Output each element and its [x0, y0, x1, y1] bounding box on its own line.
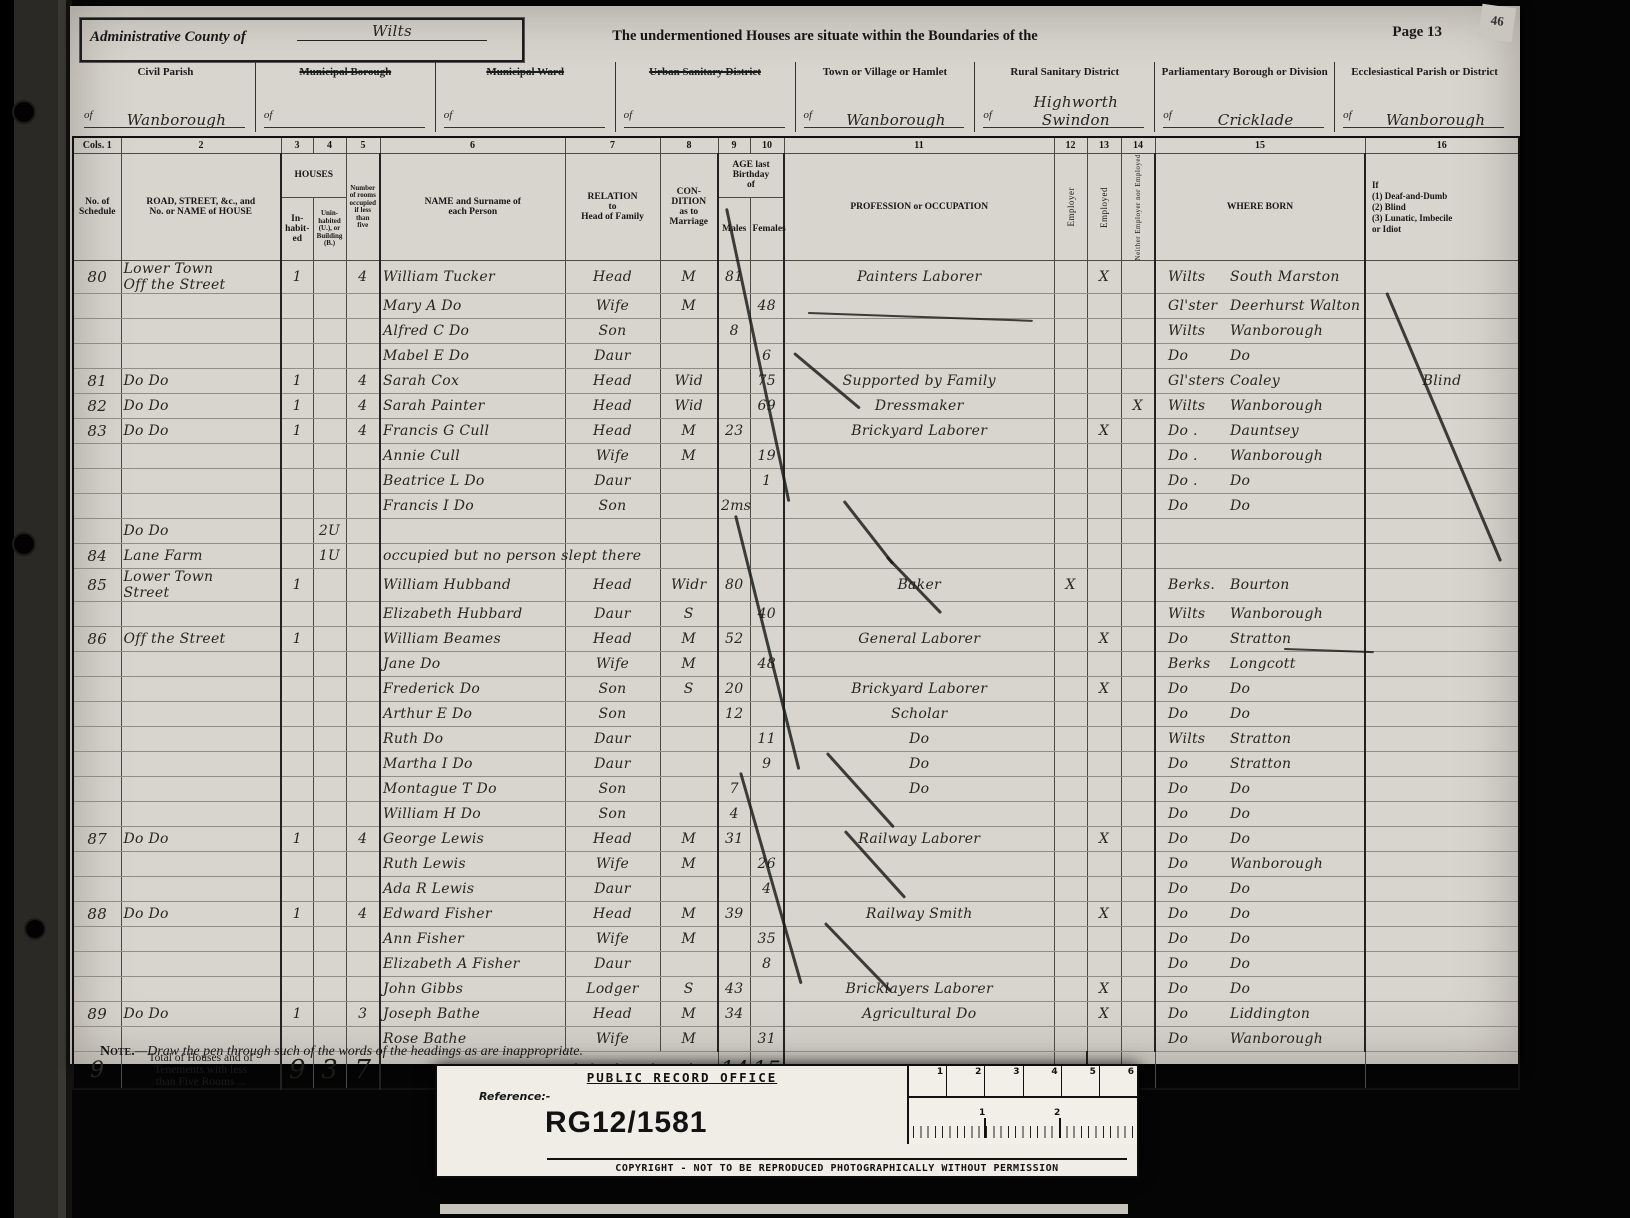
cell-road	[121, 319, 281, 344]
cell-neither	[1121, 977, 1155, 1002]
cell-name: Ruth Lewis	[380, 852, 565, 877]
cell-employer	[1054, 394, 1087, 419]
cell-road: Off the Street	[121, 627, 281, 652]
cell-rooms	[346, 319, 380, 344]
cell-occupation: Painters Laborer	[784, 261, 1054, 294]
cell-relation: Daur	[565, 469, 660, 494]
cell-neither	[1121, 927, 1155, 952]
cell-schedule	[73, 469, 121, 494]
cell-relation: Son	[565, 677, 660, 702]
cell-infirmity	[1365, 261, 1519, 294]
cell-employer	[1054, 677, 1087, 702]
cell-where-born: DoDo	[1155, 902, 1365, 927]
column-number: 6	[380, 137, 565, 154]
cell-name: Ann Fisher	[380, 927, 565, 952]
cell-where-born: DoDo	[1155, 827, 1365, 852]
header-age-group: AGE last Birthday of	[718, 154, 784, 198]
cell-employed: X	[1087, 627, 1121, 652]
cell-where-born: DoWanborough	[1155, 852, 1365, 877]
table-row: 81Do Do14Sarah CoxHeadWid75Supported by …	[73, 369, 1519, 394]
cell-employed: X	[1087, 1002, 1121, 1027]
column-number: 9	[718, 137, 750, 154]
cell-inhabited	[281, 752, 313, 777]
cell-employer	[1054, 952, 1087, 977]
header-relation: RELATION to Head of Family	[565, 154, 660, 261]
cell-condition: M	[660, 827, 718, 852]
cell-neither	[1121, 677, 1155, 702]
cell-uninhabited	[313, 752, 346, 777]
cell-inhabited	[281, 702, 313, 727]
cell-neither	[1121, 1002, 1155, 1027]
cell-rooms: 4	[346, 394, 380, 419]
cell-infirmity	[1365, 902, 1519, 927]
cell-rooms	[346, 294, 380, 319]
cell-uninhabited	[313, 952, 346, 977]
district-box: Rural Sanitary DistrictofHighworth Swind…	[974, 62, 1154, 132]
district-box: Urban Sanitary Districtof	[615, 62, 795, 132]
cell-relation: Daur	[565, 952, 660, 977]
cell-schedule: 80	[73, 261, 121, 294]
cell-rooms	[346, 777, 380, 802]
column-number: 15	[1155, 137, 1365, 154]
cell-where-born: DoDo	[1155, 977, 1365, 1002]
cell-road	[121, 952, 281, 977]
cell-condition	[660, 952, 718, 977]
cell-where-born	[1155, 544, 1365, 569]
cell-road: Do Do	[121, 394, 281, 419]
cell-inhabited	[281, 927, 313, 952]
cell-uninhabited	[313, 677, 346, 702]
cell-schedule: 88	[73, 902, 121, 927]
cell-inhabited	[281, 727, 313, 752]
cell-employer	[1054, 494, 1087, 519]
cell-uninhabited	[313, 319, 346, 344]
cell-relation: Daur	[565, 877, 660, 902]
cell-schedule: 84	[73, 544, 121, 569]
cell-uninhabited	[313, 444, 346, 469]
cell-relation: Daur	[565, 727, 660, 752]
cell-employer	[1054, 469, 1087, 494]
cell-uninhabited	[313, 494, 346, 519]
cell-schedule	[73, 519, 121, 544]
cell-name: Elizabeth Hubbard	[380, 602, 565, 627]
cell-age-male	[718, 877, 750, 902]
cell-infirmity	[1365, 469, 1519, 494]
cell-relation: Wife	[565, 444, 660, 469]
cell-employed	[1087, 519, 1121, 544]
cell-uninhabited	[313, 652, 346, 677]
cell-employed	[1087, 952, 1121, 977]
cell-road	[121, 702, 281, 727]
cell-age-male: 20	[718, 677, 750, 702]
cell-road	[121, 777, 281, 802]
scanned-census-page: 46 Administrative County of Wilts The un…	[0, 0, 1630, 1218]
cell-inhabited	[281, 344, 313, 369]
cell-neither	[1121, 261, 1155, 294]
cell-employer	[1054, 419, 1087, 444]
cell-occupation	[784, 494, 1054, 519]
cell-name: Sarah Cox	[380, 369, 565, 394]
cell-relation: Son	[565, 319, 660, 344]
cell-rooms	[346, 519, 380, 544]
cell-schedule	[73, 652, 121, 677]
cell-name: Montague T Do	[380, 777, 565, 802]
cell-age-female	[750, 1002, 784, 1027]
cell-employer	[1054, 544, 1087, 569]
hole-punch	[14, 102, 34, 122]
cell-infirmity	[1365, 444, 1519, 469]
hole-punch	[14, 534, 34, 554]
cell-employer	[1054, 877, 1087, 902]
cell-infirmity	[1365, 569, 1519, 602]
cell-infirmity	[1365, 877, 1519, 902]
copyright-notice: COPYRIGHT - NOT TO BE REPRODUCED PHOTOGR…	[547, 1158, 1127, 1174]
cell-neither	[1121, 319, 1155, 344]
header-schedule: No. of Schedule	[73, 154, 121, 261]
cell-age-female: 11	[750, 727, 784, 752]
cell-schedule	[73, 852, 121, 877]
cell-where-born: DoDo	[1155, 344, 1365, 369]
header-occupation: PROFESSION or OCCUPATION	[784, 154, 1054, 261]
cell-employed	[1087, 752, 1121, 777]
cell-rooms: 4	[346, 261, 380, 294]
cell-where-born: DoWanborough	[1155, 1027, 1365, 1052]
cell-rooms	[346, 677, 380, 702]
cell-condition: M	[660, 902, 718, 927]
cell-age-female	[750, 544, 784, 569]
cell-road: Do Do	[121, 369, 281, 394]
cell-name	[380, 519, 565, 544]
cell-road: Do Do	[121, 519, 281, 544]
cell-infirmity	[1365, 627, 1519, 652]
cell-relation	[565, 519, 660, 544]
cell-neither	[1121, 827, 1155, 852]
ruler-number: 2	[1054, 1108, 1060, 1118]
table-row: Ruth DoDaur11DoWiltsStratton	[73, 727, 1519, 752]
cell-employed: X	[1087, 902, 1121, 927]
table-row: 87Do Do14George LewisHeadM31Railway Labo…	[73, 827, 1519, 852]
cell-condition: S	[660, 677, 718, 702]
cell-name: Edward Fisher	[380, 902, 565, 927]
cell-schedule	[73, 977, 121, 1002]
cell-where-born: WiltsWanborough	[1155, 602, 1365, 627]
cell-inhabited: 1	[281, 394, 313, 419]
column-number: 8	[660, 137, 718, 154]
cell-uninhabited	[313, 727, 346, 752]
district-box: Municipal Boroughof	[255, 62, 435, 132]
cell-employed	[1087, 469, 1121, 494]
column-number: 16	[1365, 137, 1519, 154]
header-name: NAME and Surname of each Person	[380, 154, 565, 261]
cell-road: Lower TownOff the Street	[121, 261, 281, 294]
header-employed: Employed	[1087, 154, 1121, 261]
cell-employed	[1087, 777, 1121, 802]
cell-age-female	[750, 419, 784, 444]
ruler-number: 6	[1099, 1066, 1137, 1096]
cell-age-male: 34	[718, 1002, 750, 1027]
cell-occupation	[784, 652, 1054, 677]
cell-name: Annie Cull	[380, 444, 565, 469]
cell-inhabited	[281, 852, 313, 877]
cell-uninhabited	[313, 702, 346, 727]
cell-where-born: DoDo	[1155, 877, 1365, 902]
cell-where-born: DoStratton	[1155, 627, 1365, 652]
cell-rooms	[346, 702, 380, 727]
cell-road: Do Do	[121, 419, 281, 444]
cell-schedule: 87	[73, 827, 121, 852]
cell-occupation: Brickyard Laborer	[784, 419, 1054, 444]
cell-inhabited: 1	[281, 827, 313, 852]
cell-name: Mabel E Do	[380, 344, 565, 369]
cell-inhabited	[281, 494, 313, 519]
column-numbers-row: Cols. 12345678910111213141516	[73, 137, 1519, 154]
cell-condition	[660, 802, 718, 827]
cell-neither	[1121, 469, 1155, 494]
cell-employed: X	[1087, 419, 1121, 444]
table-row: Ruth LewisWifeM26DoWanborough	[73, 852, 1519, 877]
cell-age-male	[718, 602, 750, 627]
column-number: 5	[346, 137, 380, 154]
cell-inhabited	[281, 952, 313, 977]
cell-schedule: 82	[73, 394, 121, 419]
cell-where-born	[1155, 519, 1365, 544]
cell-employer	[1054, 319, 1087, 344]
cell-name: Rose Bathe	[380, 1027, 565, 1052]
column-number: 3	[281, 137, 313, 154]
cell-occupation	[784, 952, 1054, 977]
cell-rooms	[346, 602, 380, 627]
cell-occupation	[784, 544, 1054, 569]
cell-age-male: 31	[718, 827, 750, 852]
cell-condition: M	[660, 294, 718, 319]
ruler-tick-marks: 1 2	[909, 1098, 1137, 1142]
cell-name: Arthur E Do	[380, 702, 565, 727]
census-form-paper: 46 Administrative County of Wilts The un…	[70, 6, 1520, 1064]
cell-name: Mary A Do	[380, 294, 565, 319]
cell-uninhabited	[313, 369, 346, 394]
cell-neither	[1121, 752, 1155, 777]
cell-name: William Tucker	[380, 261, 565, 294]
cell-age-female: 35	[750, 927, 784, 952]
cell-where-born: DoDo	[1155, 702, 1365, 727]
cell-rooms	[346, 952, 380, 977]
cell-uninhabited	[313, 802, 346, 827]
cell-neither	[1121, 852, 1155, 877]
ruler-number: 1	[909, 1066, 946, 1096]
cell-where-born: DoDo	[1155, 677, 1365, 702]
cell-where-born: DoDo	[1155, 777, 1365, 802]
cell-occupation: Scholar	[784, 702, 1054, 727]
table-row: Alfred C DoSon8WiltsWanborough	[73, 319, 1519, 344]
cell-infirmity	[1365, 652, 1519, 677]
cell-condition: Widr	[660, 569, 718, 602]
cell-where-born: DoStratton	[1155, 752, 1365, 777]
cell-condition	[660, 877, 718, 902]
cell-occupation	[784, 602, 1054, 627]
administrative-county-box: Administrative County of Wilts	[80, 18, 524, 62]
cell-employed	[1087, 702, 1121, 727]
cell-condition: Wid	[660, 394, 718, 419]
cell-road	[121, 802, 281, 827]
cell-name: William Beames	[380, 627, 565, 652]
cell-schedule	[73, 877, 121, 902]
cell-inhabited: 1	[281, 419, 313, 444]
cell-where-born: WiltsWanborough	[1155, 394, 1365, 419]
cell-relation: Daur	[565, 344, 660, 369]
cell-rooms	[346, 727, 380, 752]
cell-employer	[1054, 977, 1087, 1002]
cell-inhabited: 1	[281, 627, 313, 652]
cell-name: Ruth Do	[380, 727, 565, 752]
cell-where-born: Do .Wanborough	[1155, 444, 1365, 469]
cell-employed	[1087, 652, 1121, 677]
cell-occupation	[784, 802, 1054, 827]
cell-uninhabited: 2U	[313, 519, 346, 544]
column-number: 4	[313, 137, 346, 154]
cell-employer	[1054, 652, 1087, 677]
cell-employed	[1087, 294, 1121, 319]
cell-age-female	[750, 977, 784, 1002]
cell-inhabited	[281, 977, 313, 1002]
cell-condition	[660, 702, 718, 727]
table-row: 82Do Do14Sarah PainterHeadWid69Dressmake…	[73, 394, 1519, 419]
cell-road	[121, 852, 281, 877]
table-row: Beatrice L DoDaur1Do .Do	[73, 469, 1519, 494]
cell-age-male	[718, 852, 750, 877]
cell-infirmity	[1365, 1027, 1519, 1052]
cell-name: Martha I Do	[380, 752, 565, 777]
cell-inhabited	[281, 469, 313, 494]
corner-page-number: 46	[1478, 4, 1516, 42]
table-row: Arthur E DoSon12ScholarDoDo	[73, 702, 1519, 727]
cell-relation: Head	[565, 569, 660, 602]
ruler-number: 1	[979, 1108, 985, 1118]
cell-employed: X	[1087, 261, 1121, 294]
cell-employer	[1054, 1002, 1087, 1027]
cell-relation: Head	[565, 902, 660, 927]
cell-condition	[660, 519, 718, 544]
cell-occupation	[784, 444, 1054, 469]
column-number: Cols. 1	[73, 137, 121, 154]
cell-relation: Head	[565, 827, 660, 852]
cell-relation: Wife	[565, 852, 660, 877]
cell-infirmity	[1365, 677, 1519, 702]
table-row: Montague T DoSon7DoDoDo	[73, 777, 1519, 802]
table-row: Do Do2U	[73, 519, 1519, 544]
cell-condition: M	[660, 927, 718, 952]
cell-infirmity	[1365, 752, 1519, 777]
header-females: Females	[750, 197, 784, 261]
cell-uninhabited: 1U	[313, 544, 346, 569]
cell-rooms	[346, 877, 380, 902]
ruler-number: 4	[1023, 1066, 1061, 1096]
cell-infirmity	[1365, 852, 1519, 877]
cell-rooms	[346, 927, 380, 952]
cell-infirmity	[1365, 319, 1519, 344]
cell-name: Sarah Painter	[380, 394, 565, 419]
table-row: Ada R LewisDaur4DoDo	[73, 877, 1519, 902]
cell-occupation: Baker	[784, 569, 1054, 602]
cell-road	[121, 294, 281, 319]
cell-schedule	[73, 702, 121, 727]
cell-condition: S	[660, 602, 718, 627]
cell-where-born: Do .Dauntsey	[1155, 419, 1365, 444]
cell-employer	[1054, 602, 1087, 627]
cell-inhabited	[281, 294, 313, 319]
cell-condition: M	[660, 852, 718, 877]
cell-inhabited	[281, 602, 313, 627]
cell-uninhabited	[313, 261, 346, 294]
cell-age-male: 80	[718, 569, 750, 602]
cell-uninhabited	[313, 419, 346, 444]
cell-where-born: WiltsStratton	[1155, 727, 1365, 752]
cell-employer	[1054, 261, 1087, 294]
cell-rooms	[346, 344, 380, 369]
ruler-number: 2	[946, 1066, 984, 1096]
cell-road: Do Do	[121, 827, 281, 852]
cell-schedule	[73, 777, 121, 802]
cell-condition: M	[660, 652, 718, 677]
table-row: Jane DoWifeM48BerksLongcott	[73, 652, 1519, 677]
district-header-row: Civil ParishofWanboroughMunicipal Boroug…	[76, 62, 1514, 132]
cell-occupation	[784, 519, 1054, 544]
cell-infirmity	[1365, 494, 1519, 519]
cell-road	[121, 877, 281, 902]
scan-edge-sliver	[440, 1204, 1128, 1214]
cell-age-male: 4	[718, 802, 750, 827]
cell-occupation	[784, 319, 1054, 344]
cell-name: John Gibbs	[380, 977, 565, 1002]
cell-employed	[1087, 927, 1121, 952]
cell-where-born: BerksLongcott	[1155, 652, 1365, 677]
cell-rooms	[346, 444, 380, 469]
cell-neither	[1121, 294, 1155, 319]
cell-name: Elizabeth A Fisher	[380, 952, 565, 977]
cell-condition	[660, 727, 718, 752]
cell-age-female: 4	[750, 877, 784, 902]
cell-relation: Head	[565, 394, 660, 419]
header-inhabited: In- habit- ed	[281, 197, 313, 261]
cell-road	[121, 752, 281, 777]
cell-employed: X	[1087, 827, 1121, 852]
cell-uninhabited	[313, 602, 346, 627]
cell-rooms: 4	[346, 419, 380, 444]
cell-infirmity	[1365, 727, 1519, 752]
cell-employed	[1087, 369, 1121, 394]
cell-road	[121, 977, 281, 1002]
cell-where-born: WiltsWanborough	[1155, 319, 1365, 344]
cell-relation: Daur	[565, 602, 660, 627]
cell-infirmity	[1365, 952, 1519, 977]
cell-age-male: 39	[718, 902, 750, 927]
cell-age-female: 40	[750, 602, 784, 627]
cell-inhabited	[281, 677, 313, 702]
cell-inhabited: 1	[281, 1002, 313, 1027]
page-number: Page 13	[1392, 24, 1442, 41]
cell-inhabited	[281, 652, 313, 677]
cell-relation: Son	[565, 802, 660, 827]
cell-road	[121, 494, 281, 519]
cell-inhabited	[281, 777, 313, 802]
column-number: 2	[121, 137, 281, 154]
cell-age-female: 48	[750, 652, 784, 677]
cell-relation: Head	[565, 261, 660, 294]
table-row: 88Do Do14Edward FisherHeadM39Railway Smi…	[73, 902, 1519, 927]
cell-infirmity	[1365, 344, 1519, 369]
cell-name: Francis G Cull	[380, 419, 565, 444]
cell-employed	[1087, 1027, 1121, 1052]
table-row: Elizabeth HubbardDaurS40WiltsWanborough	[73, 602, 1519, 627]
